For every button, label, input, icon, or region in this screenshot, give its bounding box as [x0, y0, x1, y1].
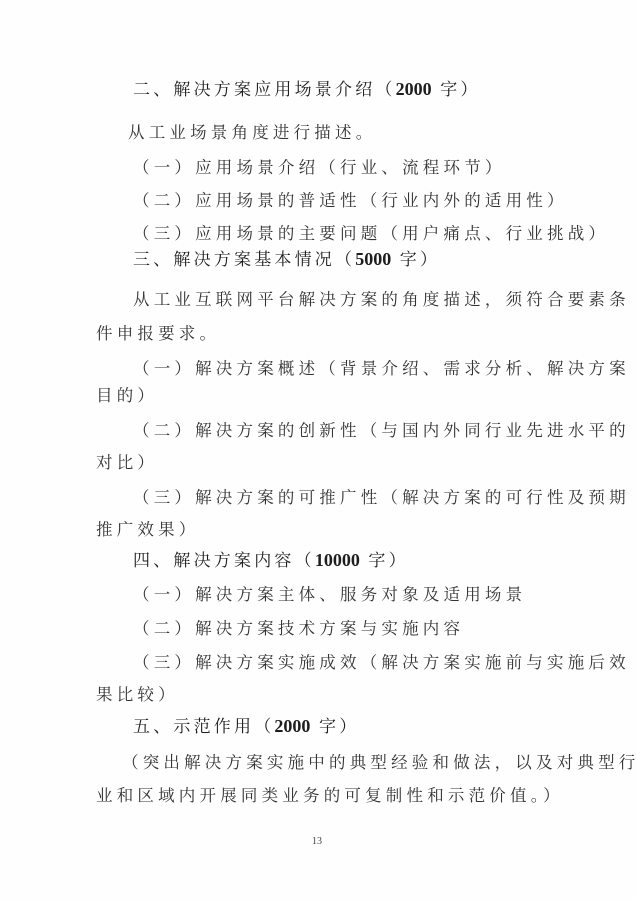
section-heading-5: 五、示范作用（2000 字）: [133, 715, 359, 738]
section-heading-2: 二、解决方案应用场景介绍（2000 字）: [133, 78, 481, 101]
section-3-intro-line-1: 从工业互联网平台解决方案的角度描述，须符合要素条: [133, 289, 630, 311]
section-3-item-3-line-2: 推广效果）: [96, 519, 200, 541]
section-3-item-1-line-1: （一）解决方案概述（背景介绍、需求分析、解决方案: [133, 358, 630, 380]
section-2-item-3: （三）应用场景的主要问题（用户痛点、行业挑战）: [133, 223, 609, 245]
section-2-intro: 从工业场景角度进行描述。: [128, 122, 376, 144]
section-4-item-1: （一）解决方案主体、服务对象及适用场景: [133, 584, 526, 606]
page-number: 13: [312, 836, 322, 847]
section-5-body-line-1: （突出解决方案实施中的典型经验和做法，以及对典型行: [122, 752, 636, 774]
heading-text: 二、解决方案应用场景介绍（: [133, 80, 396, 100]
section-3-item-1-line-2: 目的）: [96, 385, 158, 407]
word-count: 2000: [274, 716, 310, 736]
section-3-item-2-line-2: 对比）: [96, 452, 158, 474]
heading-text: 四、解决方案内容（: [133, 551, 315, 571]
word-count: 2000: [396, 79, 432, 99]
heading-text: 五、示范作用（: [133, 717, 274, 737]
word-count: 5000: [355, 249, 391, 269]
section-4-item-3-line-1: （三）解决方案实施成效（解决方案实施前与实施后效: [133, 652, 630, 674]
heading-suffix: 字）: [391, 250, 440, 270]
heading-suffix: 字）: [432, 80, 481, 100]
section-5-body-line-2: 业和区域内开展同类业务的可复制性和示范价值。）: [96, 785, 564, 807]
section-3-item-2-line-1: （二）解决方案的创新性（与国内外同行业先进水平的: [133, 420, 630, 442]
section-3-item-3-line-1: （三）解决方案的可推广性（解决方案的可行性及预期: [133, 487, 630, 509]
heading-suffix: 字）: [310, 717, 359, 737]
section-4-item-3-line-2: 果比较）: [96, 684, 179, 706]
word-count: 10000: [315, 550, 360, 570]
section-4-item-2: （二）解决方案技术方案与实施内容: [133, 618, 464, 640]
section-3-intro-line-2: 件申报要求。: [96, 323, 220, 345]
section-heading-4: 四、解决方案内容（10000 字）: [133, 549, 409, 572]
section-heading-3: 三、解决方案基本情况（5000 字）: [133, 248, 440, 271]
heading-suffix: 字）: [360, 551, 409, 571]
document-page: 二、解决方案应用场景介绍（2000 字） 从工业场景角度进行描述。 （一）应用场…: [0, 0, 636, 900]
section-2-item-2: （二）应用场景的普适性（行业内外的适用性）: [133, 190, 568, 212]
heading-text: 三、解决方案基本情况（: [133, 250, 355, 270]
section-2-item-1: （一）应用场景介绍（行业、流程环节）: [133, 157, 506, 179]
